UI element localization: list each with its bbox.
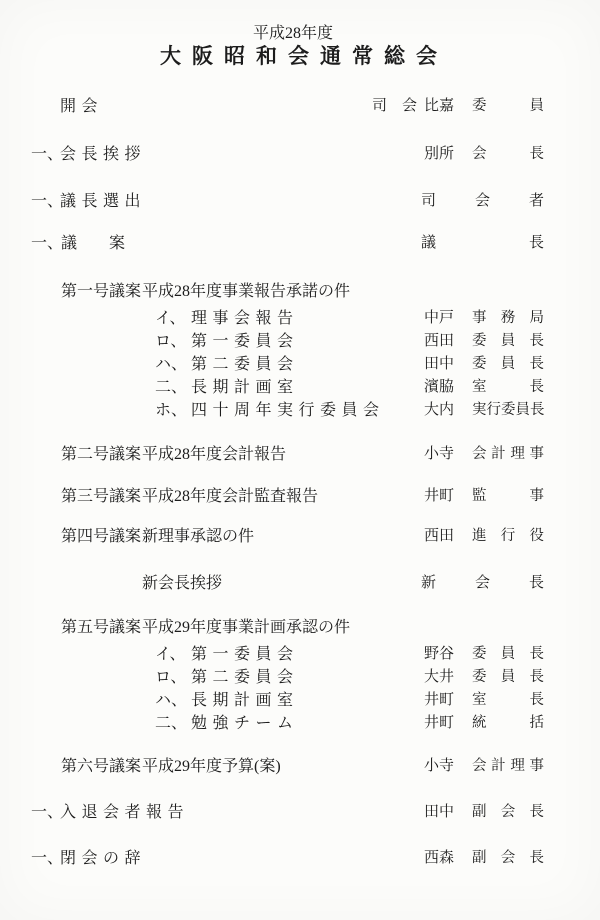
agenda-row: 新会長挨拶新会長	[0, 576, 600, 595]
role-label: 委員長	[472, 670, 544, 685]
agenda-row: 二、長期計画室濱脇室長	[0, 380, 600, 399]
person-name: 田中	[424, 805, 454, 821]
agenda-item-number: 第一号議案	[61, 284, 141, 301]
role-label: 委員長	[472, 357, 544, 372]
agenda-sub-bullet: ロ、	[155, 334, 186, 351]
agenda-sub-label: 勉強チーム	[191, 716, 299, 733]
agenda-item-label: 議長選出	[60, 194, 146, 211]
agenda-item-number: 第六号議案	[61, 759, 141, 776]
agenda-row: 第三号議案平成28年度会計監査報告井町監事	[0, 489, 600, 508]
agenda-row: 一、会長挨拶別所会長	[0, 147, 600, 166]
agenda-row: 一、閉会の辞西森副会長	[0, 851, 600, 870]
agenda-sub-label: 第一委員会	[191, 647, 299, 664]
person-name: 西田	[424, 334, 454, 350]
role-label: 委員長	[472, 647, 544, 662]
role-label: 会計理事	[472, 447, 544, 462]
role-label: 委員	[472, 99, 544, 114]
agenda-sub-bullet: ロ、	[155, 670, 186, 687]
person-name: 野谷	[424, 647, 454, 663]
agenda-bullet: 一、	[31, 805, 63, 822]
agenda-row: 第一号議案平成28年度事業報告承諾の件	[0, 284, 600, 303]
person-name: 田中	[424, 357, 454, 373]
agenda-item-number: 第五号議案	[61, 620, 141, 637]
person-name: 大井	[424, 670, 454, 686]
agenda-row: 第五号議案平成29年度事業計画承認の件	[0, 620, 600, 639]
role-label: 副会長	[472, 851, 544, 866]
role-label-wide: 司会者	[421, 194, 544, 210]
person-name: 西田	[424, 529, 454, 545]
agenda-row: 第六号議案平成29年度予算(案)小寺会計理事	[0, 759, 600, 778]
person-name: 井町	[424, 489, 454, 505]
agenda-item-number: 第三号議案	[61, 489, 141, 506]
agenda-item-title: 平成29年度事業計画承認の件	[142, 620, 350, 637]
agenda-item-label: 入退会者報告	[60, 805, 189, 822]
person-name: 井町	[424, 693, 454, 709]
agenda-row: 二、勉強チーム井町統括	[0, 716, 600, 735]
agenda-sub-label: 長期計画室	[191, 693, 299, 710]
role-label: 会計理事	[472, 759, 544, 774]
agenda-sub-bullet: ハ、	[155, 357, 187, 374]
agenda-sub-label: 第一委員会	[191, 334, 299, 351]
role-label: 実行委員長	[472, 403, 544, 418]
agenda-row: 一、議 案議長	[0, 236, 600, 255]
person-name: 別所	[424, 147, 454, 163]
person-name: 濱脇	[424, 380, 454, 396]
person-name: 西森	[424, 851, 454, 867]
person-name: 井町	[424, 716, 454, 732]
document-title: 大阪昭和会通常総会	[0, 45, 600, 67]
person-name: 小寺	[424, 759, 454, 775]
person-name: 大内	[424, 403, 454, 419]
agenda-item-title: 平成28年度会計監査報告	[142, 489, 318, 506]
agenda-bullet: 一、	[31, 194, 63, 211]
agenda-item-title: 平成29年度予算(案)	[142, 759, 281, 776]
agenda-row: イ、理事会報告中戸事務局	[0, 311, 600, 330]
agenda-row: ハ、第二委員会田中委員長	[0, 357, 600, 376]
role-label-wide: 議長	[421, 236, 544, 252]
agenda-row: ロ、第二委員会大井委員長	[0, 670, 600, 689]
role-label: 副会長	[472, 805, 544, 820]
role-label: 進行役	[472, 529, 544, 544]
role-label-wide: 新会長	[421, 576, 544, 592]
person-name: 小寺	[424, 447, 454, 463]
agenda-item-label: 閉会の辞	[60, 851, 146, 868]
agenda-item-title: 平成28年度事業報告承諾の件	[142, 284, 350, 301]
agenda-row: 一、入退会者報告田中副会長	[0, 805, 600, 824]
agenda-sub-label: 理事会報告	[191, 311, 299, 328]
role-label: 監事	[472, 489, 544, 504]
agenda-sub-label: 第二委員会	[191, 357, 299, 374]
person-name: 中戸	[424, 311, 454, 327]
agenda-sub-label: 四十周年実行委員会	[191, 403, 385, 420]
agenda-item-number: 議 案	[61, 236, 125, 253]
role-label: 会長	[472, 147, 544, 162]
person-name: 比嘉	[424, 99, 454, 115]
agenda-bullet: 一、	[31, 851, 63, 868]
agenda-sub-bullet: 二、	[155, 716, 187, 733]
agenda-row: 一、議長選出司会者	[0, 194, 600, 213]
agenda-sub-bullet: ハ、	[155, 693, 187, 710]
agenda-row: 第二号議案平成28年度会計報告小寺会計理事	[0, 447, 600, 466]
agenda-sub-bullet: イ、	[155, 311, 186, 328]
agenda-sub-bullet: ホ、	[155, 403, 187, 420]
agenda-row: イ、第一委員会野谷委員長	[0, 647, 600, 666]
agenda-sub-label: 長期計画室	[191, 380, 299, 397]
agenda-item-title: 新理事承認の件	[142, 529, 254, 546]
mc-prefix-label: 司 会	[372, 99, 417, 115]
agenda-row: ハ、長期計画室井町室長	[0, 693, 600, 712]
agenda-item-title: 新会長挨拶	[142, 576, 222, 593]
agenda-item-number: 第二号議案	[61, 447, 141, 464]
agenda-row: 開会司 会比嘉委員	[0, 99, 600, 118]
scanned-document-page: 平成28年度 大阪昭和会通常総会 開会司 会比嘉委員一、会長挨拶別所会長一、議長…	[0, 0, 600, 920]
agenda-sub-label: 第二委員会	[191, 670, 299, 687]
agenda-item-number: 第四号議案	[61, 529, 141, 546]
agenda-sub-bullet: 二、	[155, 380, 187, 397]
agenda-sub-bullet: イ、	[155, 647, 186, 664]
fiscal-year-heading: 平成28年度	[0, 26, 600, 43]
role-label: 室長	[472, 693, 544, 708]
agenda-item-label: 開会	[60, 99, 103, 116]
role-label: 統括	[472, 716, 544, 731]
agenda-row: ロ、第一委員会西田委員長	[0, 334, 600, 353]
agenda-item-title: 平成28年度会計報告	[142, 447, 286, 464]
role-label: 事務局	[472, 311, 544, 326]
agenda-row: ホ、四十周年実行委員会大内実行委員長	[0, 403, 600, 422]
role-label: 室長	[472, 380, 544, 395]
agenda-item-label: 会長挨拶	[60, 147, 146, 164]
agenda-bullet: 一、	[31, 147, 63, 164]
agenda-bullet: 一、	[31, 236, 63, 253]
agenda-row: 第四号議案新理事承認の件西田進行役	[0, 529, 600, 548]
role-label: 委員長	[472, 334, 544, 349]
